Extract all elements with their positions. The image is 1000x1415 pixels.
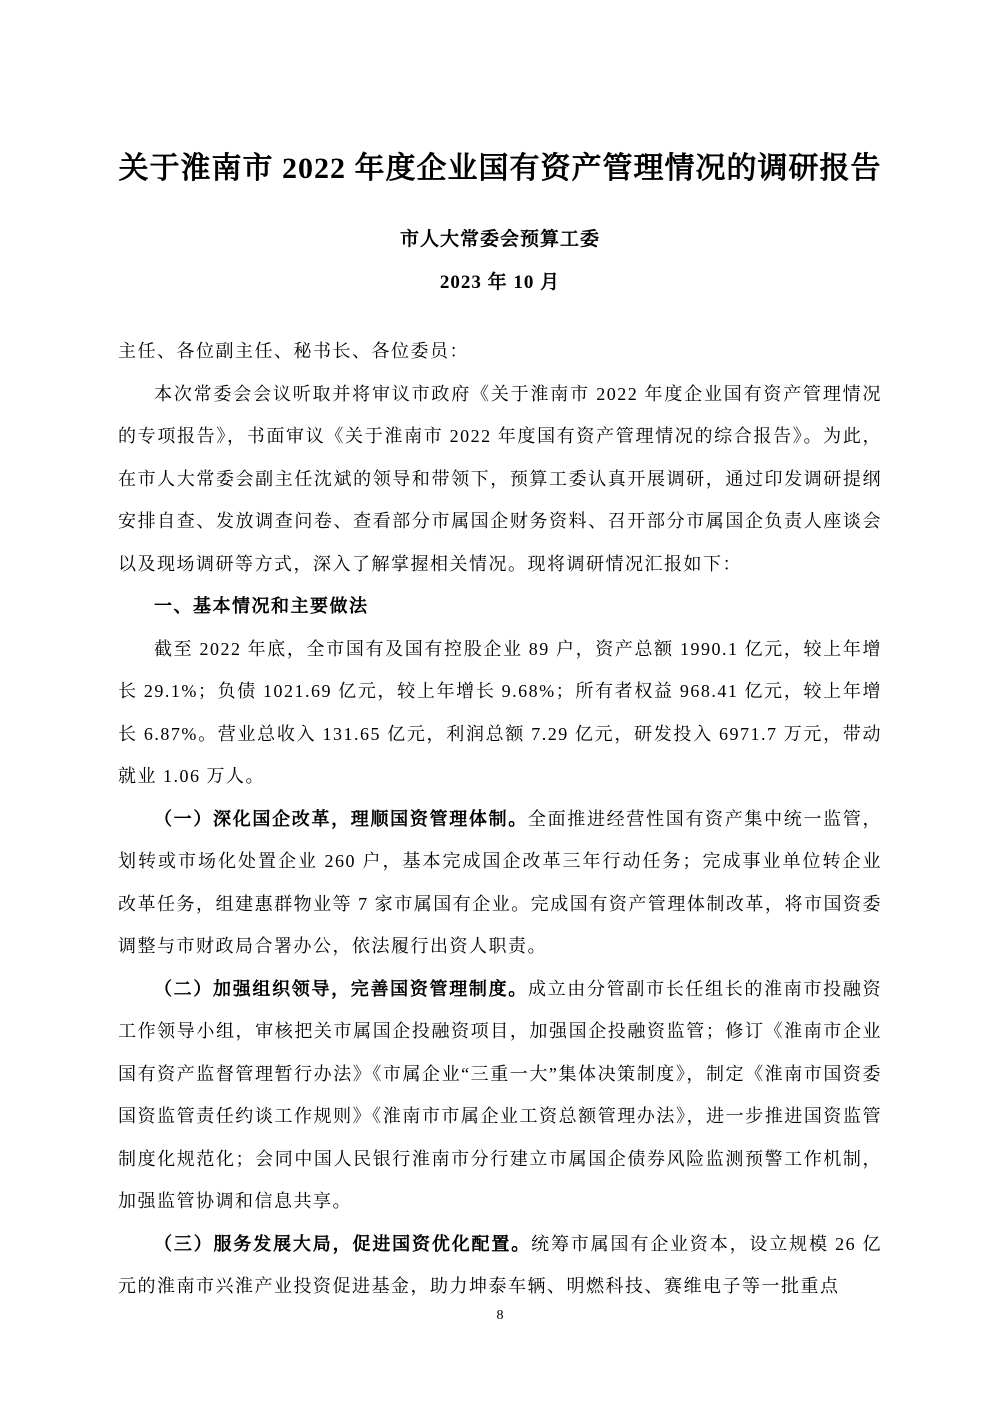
paragraph-item-1: （一）深化国企改革，理顺国资管理体制。全面推进经营性国有资产集中统一监管，划转或… [118, 798, 882, 968]
item-1-text: 全面推进经营性国有资产集中统一监管，划转或市场化处置企业 260 户，基本完成国… [118, 809, 882, 957]
document-meta: 市人大常委会预算工委 2023 年 10 月 [118, 218, 882, 304]
salutation: 主任、各位副主任、秘书长、各位委员： [118, 330, 882, 373]
paragraph-item-2: （二）加强组织领导，完善国资管理制度。成立由分管副市长任组长的淮南市投融资工作领… [118, 968, 882, 1223]
item-1-lead: （一）深化国企改革，理顺国资管理体制。 [154, 809, 528, 829]
page-number: 8 [0, 1308, 1000, 1324]
author-line: 市人大常委会预算工委 [118, 218, 882, 261]
date-line: 2023 年 10 月 [118, 261, 882, 304]
item-2-lead: （二）加强组织领导，完善国资管理制度。 [154, 979, 528, 999]
document-title: 关于淮南市 2022 年度企业国有资产管理情况的调研报告 [118, 146, 882, 192]
item-2-text: 成立由分管副市长任组长的淮南市投融资工作领导小组，审核把关市属国企投融资项目，加… [118, 979, 882, 1212]
paragraph-intro: 本次常委会会议听取并将审议市政府《关于淮南市 2022 年度企业国有资产管理情况… [118, 373, 882, 586]
document-body: 主任、各位副主任、秘书长、各位委员： 本次常委会会议听取并将审议市政府《关于淮南… [118, 330, 882, 1308]
section-heading-1: 一、基本情况和主要做法 [118, 585, 882, 628]
document-page: 关于淮南市 2022 年度企业国有资产管理情况的调研报告 市人大常委会预算工委 … [0, 0, 1000, 1415]
paragraph-overview: 截至 2022 年底，全市国有及国有控股企业 89 户，资产总额 1990.1 … [118, 628, 882, 798]
item-3-lead: （三）服务发展大局，促进国资优化配置。 [154, 1234, 531, 1254]
paragraph-item-3: （三）服务发展大局，促进国资优化配置。统筹市属国有企业资本，设立规模 26 亿元… [118, 1223, 882, 1308]
